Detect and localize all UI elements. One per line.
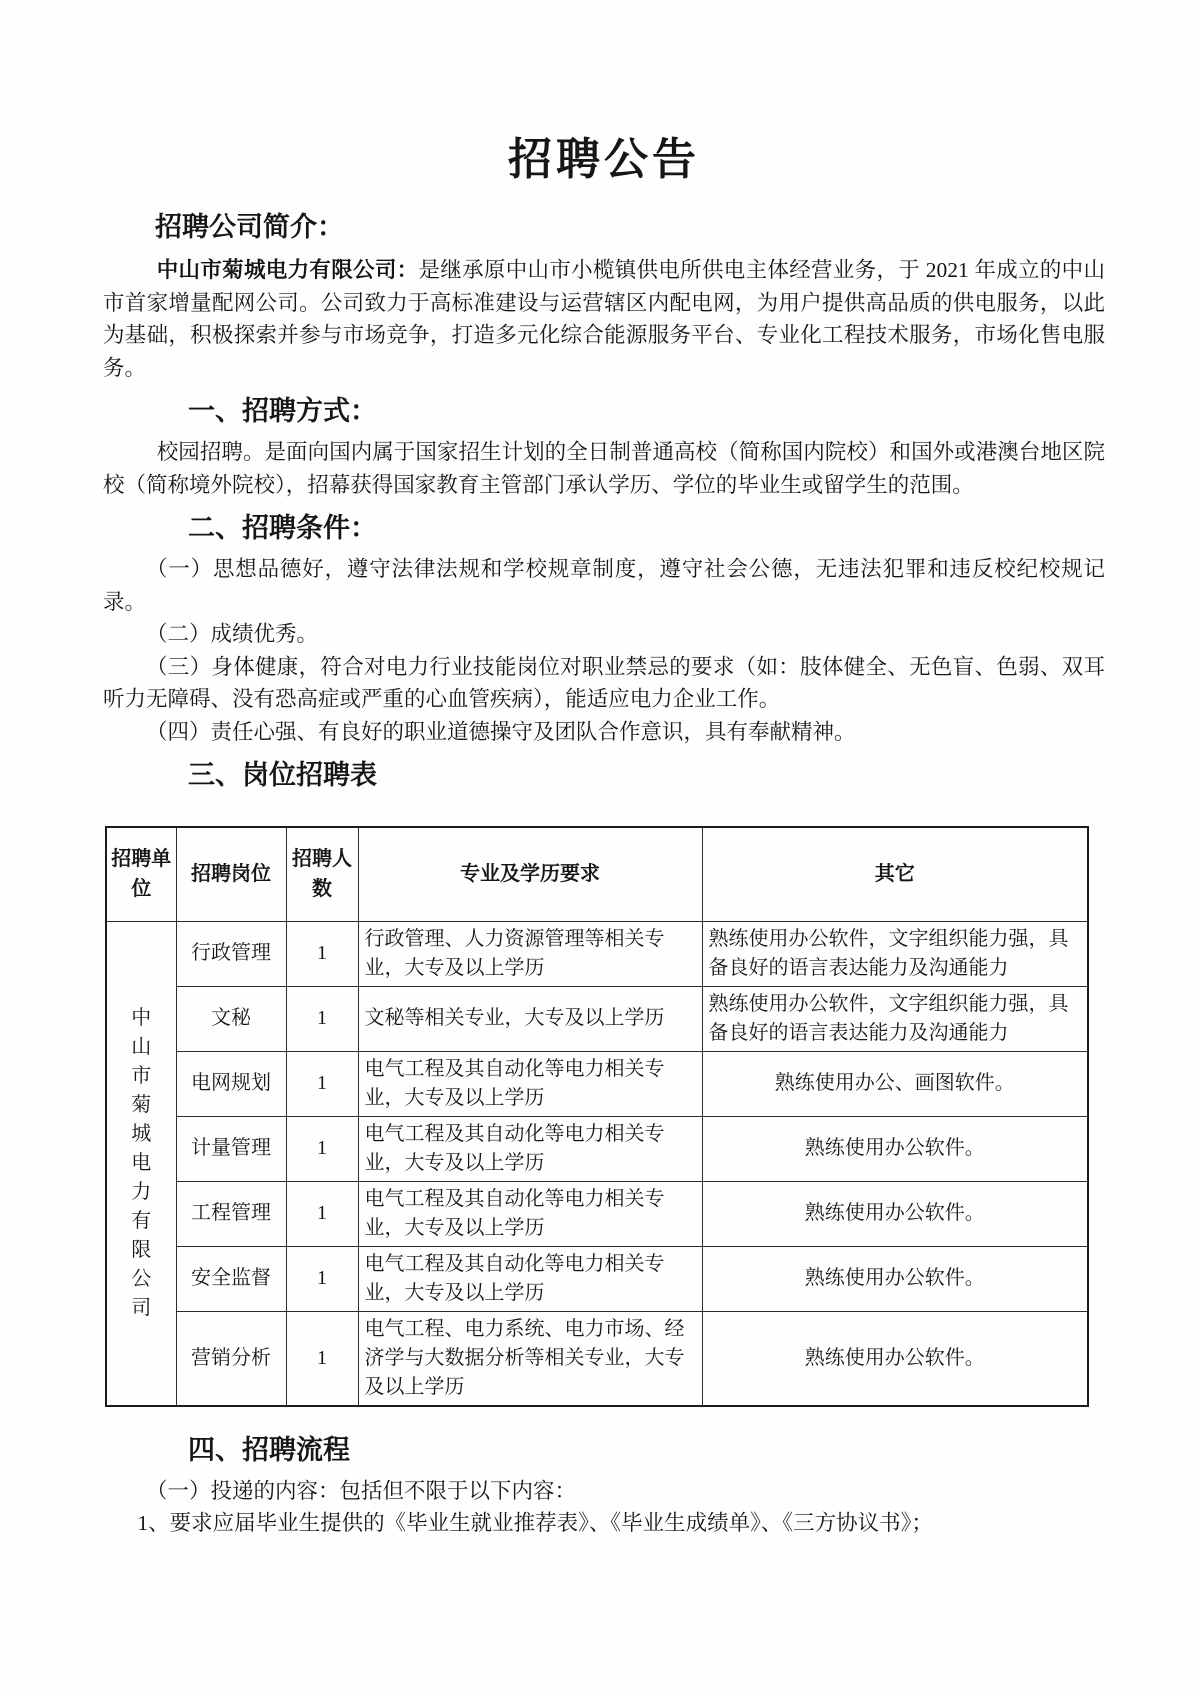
condition-item-4: （四）责任心强、有良好的职业道德操守及团队合作意识，具有奉献精神。	[103, 716, 1105, 749]
header-position: 招聘岗位	[176, 827, 286, 921]
condition-item-2: （二）成绩优秀。	[103, 618, 1105, 651]
table-row: 电网规划 1 电气工程及其自动化等电力相关专业，大专及以上学历 熟练使用办公、画…	[106, 1051, 1088, 1116]
other-cell: 熟练使用办公软件，文字组织能力强，具备良好的语言表达能力及沟通能力	[702, 986, 1088, 1051]
headcount-cell: 1	[286, 1246, 358, 1311]
document-title: 招聘公告	[103, 134, 1105, 186]
recruiting-unit-cell: 中山市菊城电力有限公司	[106, 921, 176, 1406]
header-headcount: 招聘人数	[286, 827, 358, 921]
headcount-cell: 1	[286, 1116, 358, 1181]
headcount-cell: 1	[286, 921, 358, 986]
table-row: 文秘 1 文秘等相关专业，大专及以上学历 熟练使用办公软件，文字组织能力强，具备…	[106, 986, 1088, 1051]
process-item-2: 1、要求应届毕业生提供的《毕业生就业推荐表》、《毕业生成绩单》、《三方协议书》；	[103, 1507, 1105, 1540]
position-cell: 工程管理	[176, 1181, 286, 1246]
requirements-cell: 电气工程及其自动化等电力相关专业，大专及以上学历	[358, 1181, 702, 1246]
other-cell: 熟练使用办公、画图软件。	[702, 1051, 1088, 1116]
other-cell: 熟练使用办公软件。	[702, 1311, 1088, 1406]
headcount-cell: 1	[286, 986, 358, 1051]
headcount-cell: 1	[286, 1311, 358, 1406]
position-cell: 行政管理	[176, 921, 286, 986]
requirements-cell: 电气工程、电力系统、电力市场、经济学与大数据分析等相关专业，大专及以上学历	[358, 1311, 702, 1406]
table-row: 营销分析 1 电气工程、电力系统、电力市场、经济学与大数据分析等相关专业，大专及…	[106, 1311, 1088, 1406]
positions-table-header: 招聘单位 招聘岗位 招聘人数 专业及学历要求 其它	[106, 827, 1088, 921]
other-cell: 熟练使用办公软件，文字组织能力强，具备良好的语言表达能力及沟通能力	[702, 921, 1088, 986]
position-cell: 计量管理	[176, 1116, 286, 1181]
process-item-1: （一）投递的内容：包括但不限于以下内容：	[103, 1475, 1105, 1508]
requirements-cell: 电气工程及其自动化等电力相关专业，大专及以上学历	[358, 1246, 702, 1311]
table-row: 工程管理 1 电气工程及其自动化等电力相关专业，大专及以上学历 熟练使用办公软件…	[106, 1181, 1088, 1246]
other-cell: 熟练使用办公软件。	[702, 1116, 1088, 1181]
section-heading-recruit-conditions: 二、招聘条件：	[188, 509, 1105, 547]
recruit-method-paragraph: 校园招聘。是面向国内属于国家招生计划的全日制普通高校（简称国内院校）和国外或港澳…	[103, 436, 1105, 501]
table-row: 中山市菊城电力有限公司行政管理 1 行政管理、人力资源管理等相关专业，大专及以上…	[106, 921, 1088, 986]
intro-heading: 招聘公司简介：	[155, 208, 1105, 246]
company-name-lead: 中山市菊城电力有限公司：	[157, 258, 419, 282]
position-cell: 电网规划	[176, 1051, 286, 1116]
table-header-row: 招聘单位 招聘岗位 招聘人数 专业及学历要求 其它	[106, 827, 1088, 921]
condition-item-3: （三）身体健康，符合对电力行业技能岗位对职业禁忌的要求（如：肢体健全、无色盲、色…	[103, 651, 1105, 716]
section-heading-recruit-process: 四、招聘流程	[188, 1431, 1105, 1469]
header-major-education: 专业及学历要求	[358, 827, 702, 921]
section-heading-position-table: 三、岗位招聘表	[188, 756, 1105, 794]
document-page: 招聘公告 招聘公司简介： 中山市菊城电力有限公司：是继承原中山市小榄镇供电所供电…	[0, 0, 1200, 1697]
intro-paragraph: 中山市菊城电力有限公司：是继承原中山市小榄镇供电所供电主体经营业务，于 2021…	[103, 254, 1105, 384]
table-row: 计量管理 1 电气工程及其自动化等电力相关专业，大专及以上学历 熟练使用办公软件…	[106, 1116, 1088, 1181]
header-recruiting-unit: 招聘单位	[106, 827, 176, 921]
section-heading-recruit-method: 一、招聘方式：	[188, 392, 1105, 430]
requirements-cell: 电气工程及其自动化等电力相关专业，大专及以上学历	[358, 1051, 702, 1116]
other-cell: 熟练使用办公软件。	[702, 1181, 1088, 1246]
header-other: 其它	[702, 827, 1088, 921]
condition-item-1: （一）思想品德好，遵守法律法规和学校规章制度，遵守社会公德，无违法犯罪和违反校纪…	[103, 553, 1105, 618]
requirements-cell: 电气工程及其自动化等电力相关专业，大专及以上学历	[358, 1116, 702, 1181]
position-cell: 文秘	[176, 986, 286, 1051]
requirements-cell: 行政管理、人力资源管理等相关专业，大专及以上学历	[358, 921, 702, 986]
requirements-cell: 文秘等相关专业，大专及以上学历	[358, 986, 702, 1051]
position-cell: 安全监督	[176, 1246, 286, 1311]
positions-table: 招聘单位 招聘岗位 招聘人数 专业及学历要求 其它 中山市菊城电力有限公司行政管…	[105, 826, 1089, 1407]
headcount-cell: 1	[286, 1051, 358, 1116]
headcount-cell: 1	[286, 1181, 358, 1246]
table-row: 安全监督 1 电气工程及其自动化等电力相关专业，大专及以上学历 熟练使用办公软件…	[106, 1246, 1088, 1311]
other-cell: 熟练使用办公软件。	[702, 1246, 1088, 1311]
positions-table-body: 中山市菊城电力有限公司行政管理 1 行政管理、人力资源管理等相关专业，大专及以上…	[106, 921, 1088, 1406]
position-cell: 营销分析	[176, 1311, 286, 1406]
